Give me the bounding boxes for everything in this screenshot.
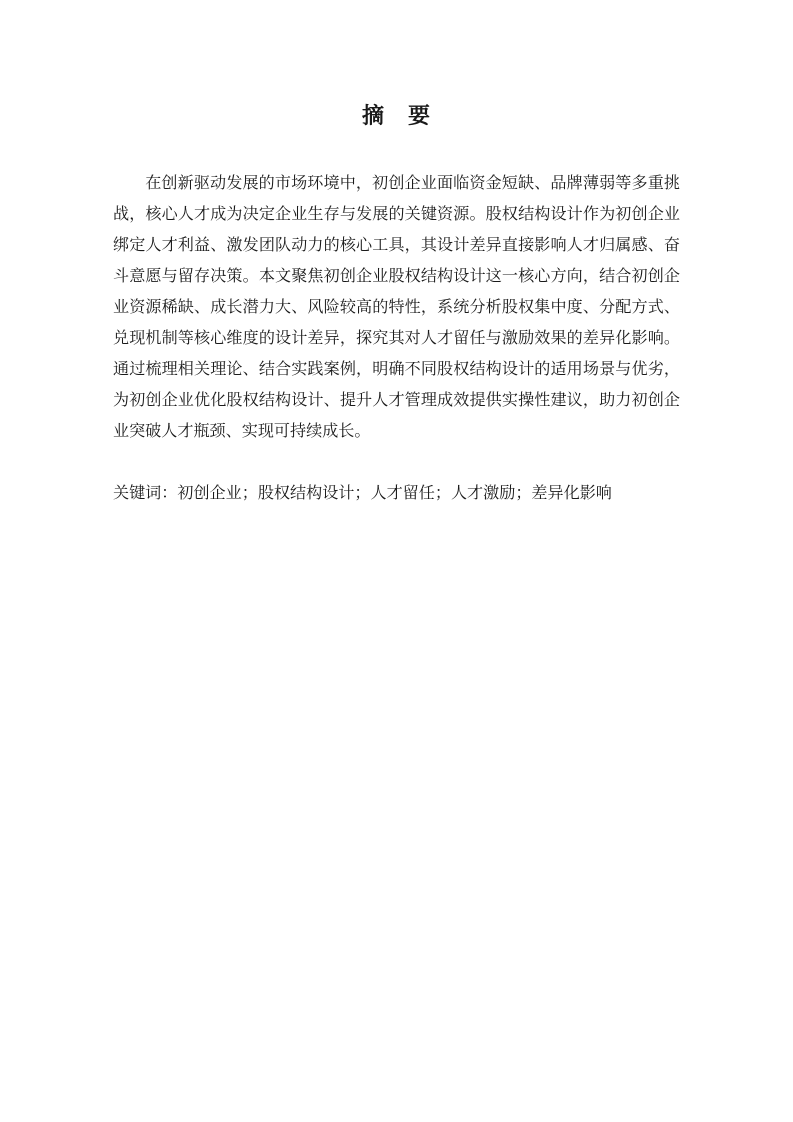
abstract-title: 摘 要 (113, 104, 680, 128)
keywords-line: 关键词：初创企业；股权结构设计；人才留任；人才激励；差异化影响 (113, 478, 680, 509)
keywords-text: 初创企业；股权结构设计；人才留任；人才激励；差异化影响 (177, 485, 612, 502)
abstract-paragraph: 在创新驱动发展的市场环境中，初创企业面临资金短缺、品牌薄弱等多重挑战，核心人才成… (113, 168, 680, 447)
document-page: 摘 要 在创新驱动发展的市场环境中，初创企业面临资金短缺、品牌薄弱等多重挑战，核… (0, 0, 793, 1122)
keywords-label: 关键词： (113, 485, 177, 502)
